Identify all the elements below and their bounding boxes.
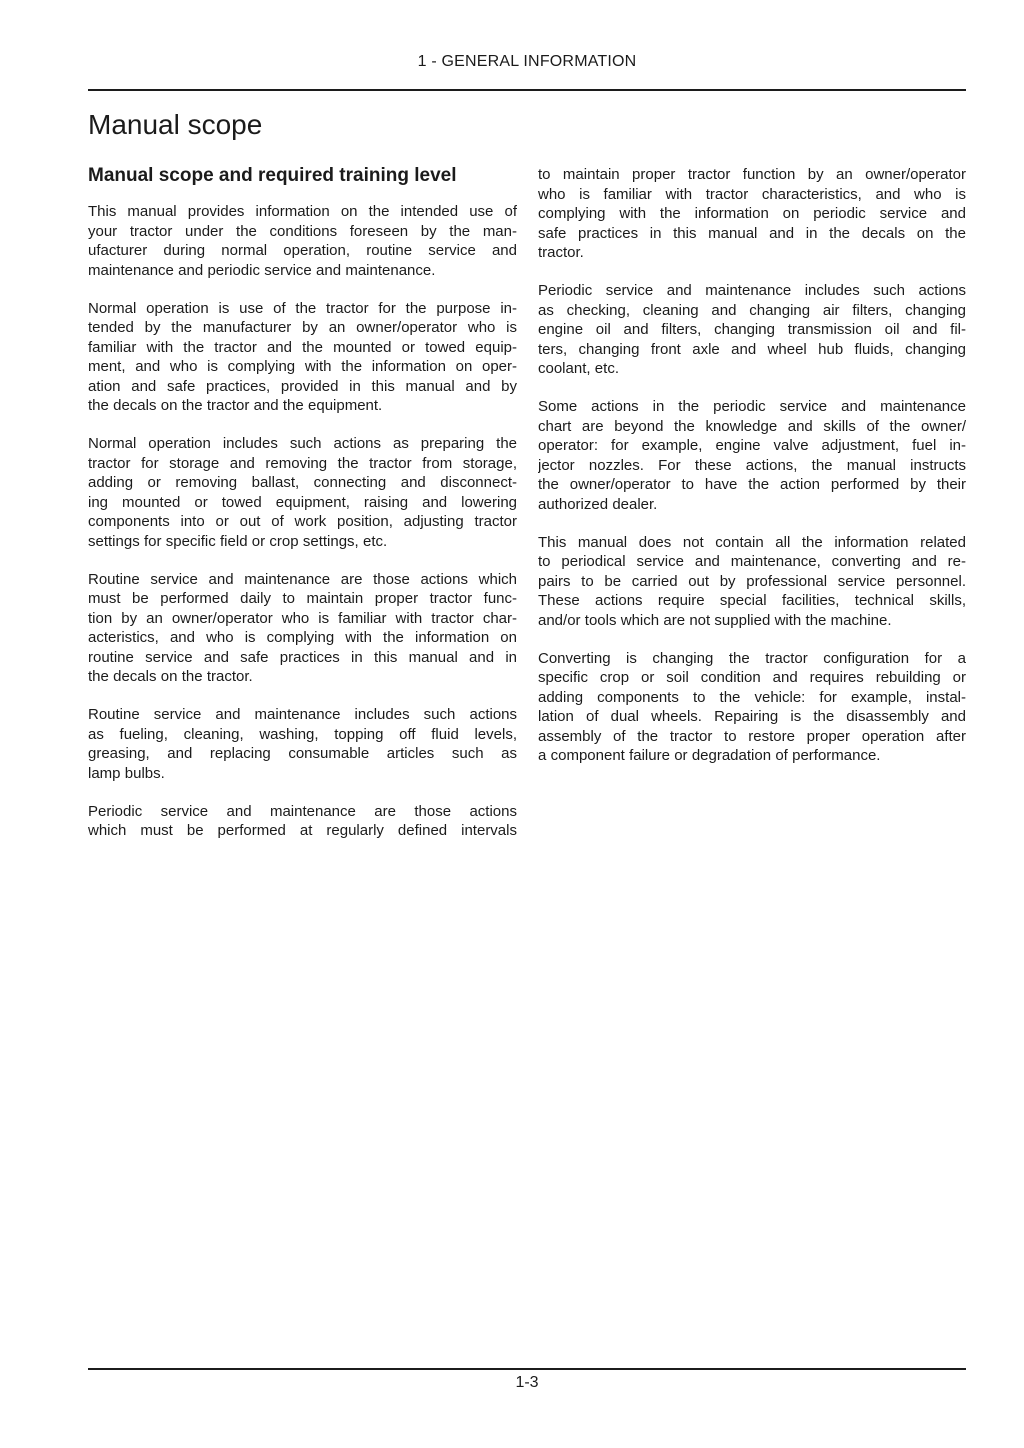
text-line: tion by an owner/operator who is familia… xyxy=(88,609,517,629)
paragraph: to maintain proper tractor function by a… xyxy=(538,165,966,263)
paragraph: Normal operation includes such actions a… xyxy=(88,434,517,551)
text-line: and/or tools which are not supplied with… xyxy=(538,611,966,631)
text-line: ment, and who is complying with the info… xyxy=(88,357,517,377)
text-line: complying with the information on period… xyxy=(538,204,966,224)
paragraph: Routine service and maintenance are thos… xyxy=(88,570,517,687)
text-line: lamp bulbs. xyxy=(88,764,517,784)
text-line: who is familiar with tractor characteris… xyxy=(538,185,966,205)
text-line: coolant, etc. xyxy=(538,359,966,379)
text-line: routine service and safe practices in th… xyxy=(88,648,517,668)
text-line: ation and safe practices, provided in th… xyxy=(88,377,517,397)
text-line: tractor. xyxy=(538,243,966,263)
text-line: Normal operation is use of the tractor f… xyxy=(88,299,517,319)
text-line: This manual does not contain all the inf… xyxy=(538,533,966,553)
paragraph: Normal operation is use of the tractor f… xyxy=(88,299,517,416)
text-line: This manual provides information on the … xyxy=(88,202,517,222)
text-line: acteristics, and who is complying with t… xyxy=(88,628,517,648)
text-line: your tractor under the conditions forese… xyxy=(88,222,517,242)
text-line: must be performed daily to maintain prop… xyxy=(88,589,517,609)
text-line: adding or removing ballast, connecting a… xyxy=(88,473,517,493)
chapter-header-text: 1 - GENERAL INFORMATION xyxy=(418,53,637,70)
paragraph: Converting is changing the tractor confi… xyxy=(538,649,966,766)
text-line: operator: for example, engine valve adju… xyxy=(538,436,966,456)
paragraph: Some actions in the periodic service and… xyxy=(538,397,966,514)
text-line: the decals on the tractor. xyxy=(88,667,517,687)
section-heading: Manual scope and required training level xyxy=(88,165,517,187)
text-line: pairs to be carried out by professional … xyxy=(538,572,966,592)
text-line: the owner/operator to have the action pe… xyxy=(538,475,966,495)
text-column-left: Manual scope and required training level… xyxy=(88,165,517,841)
text-line: adding components to the vehicle: for ex… xyxy=(538,688,966,708)
text-line: safe practices in this manual and in the… xyxy=(538,224,966,244)
text-line: greasing, and replacing consumable artic… xyxy=(88,744,517,764)
text-line: components into or out of work position,… xyxy=(88,512,517,532)
paragraph: Periodic service and maintenance are tho… xyxy=(88,802,517,841)
two-column-body: Manual scope and required training level… xyxy=(88,165,966,841)
header-divider xyxy=(88,89,966,91)
left-paragraphs: This manual provides information on the … xyxy=(88,202,517,841)
paragraph: Routine service and maintenance includes… xyxy=(88,705,517,783)
text-line: These actions require special facilities… xyxy=(538,591,966,611)
text-line: which must be performed at regularly def… xyxy=(88,821,517,841)
text-line: ters, changing front axle and wheel hub … xyxy=(538,340,966,360)
running-header: 1 - GENERAL INFORMATION xyxy=(88,52,966,71)
text-line: lation of dual wheels. Repairing is the … xyxy=(538,707,966,727)
text-line: Periodic service and maintenance are tho… xyxy=(88,802,517,822)
text-line: to maintain proper tractor function by a… xyxy=(538,165,966,185)
text-line: familiar with the tractor and the mounte… xyxy=(88,338,517,358)
text-line: jector nozzles. For these actions, the m… xyxy=(538,456,966,476)
text-line: as fueling, cleaning, washing, topping o… xyxy=(88,725,517,745)
text-line: maintenance and periodic service and mai… xyxy=(88,261,517,281)
text-line: tended by the manufacturer by an owner/o… xyxy=(88,318,517,338)
text-line: Routine service and maintenance includes… xyxy=(88,705,517,725)
text-line: chart are beyond the knowledge and skill… xyxy=(538,417,966,437)
right-paragraphs: to maintain proper tractor function by a… xyxy=(538,165,966,766)
text-line: to periodical service and maintenance, c… xyxy=(538,552,966,572)
text-line: a component failure or degradation of pe… xyxy=(538,746,966,766)
page-title: Manual scope xyxy=(88,108,262,142)
text-line: as checking, cleaning and changing air f… xyxy=(538,301,966,321)
manual-page: 1 - GENERAL INFORMATION Manual scope Man… xyxy=(0,0,1024,1448)
page-footer: 1-3 xyxy=(88,1373,966,1392)
text-line: the decals on the tractor and the equipm… xyxy=(88,396,517,416)
footer-divider xyxy=(88,1368,966,1370)
text-column-right: to maintain proper tractor function by a… xyxy=(538,165,966,841)
text-line: Normal operation includes such actions a… xyxy=(88,434,517,454)
text-line: specific crop or soil condition and requ… xyxy=(538,668,966,688)
text-line: ing mounted or towed equipment, raising … xyxy=(88,493,517,513)
text-line: tractor for storage and removing the tra… xyxy=(88,454,517,474)
text-line: Routine service and maintenance are thos… xyxy=(88,570,517,590)
text-line: engine oil and filters, changing transmi… xyxy=(538,320,966,340)
paragraph: This manual provides information on the … xyxy=(88,202,517,280)
text-line: ufacturer during normal operation, routi… xyxy=(88,241,517,261)
paragraph: This manual does not contain all the inf… xyxy=(538,533,966,631)
text-line: authorized dealer. xyxy=(538,495,966,515)
paragraph: Periodic service and maintenance include… xyxy=(538,281,966,379)
text-line: assembly of the tractor to restore prope… xyxy=(538,727,966,747)
text-line: settings for specific field or crop sett… xyxy=(88,532,517,552)
page-number: 1-3 xyxy=(515,1374,538,1391)
text-line: Periodic service and maintenance include… xyxy=(538,281,966,301)
text-line: Converting is changing the tractor confi… xyxy=(538,649,966,669)
text-line: Some actions in the periodic service and… xyxy=(538,397,966,417)
